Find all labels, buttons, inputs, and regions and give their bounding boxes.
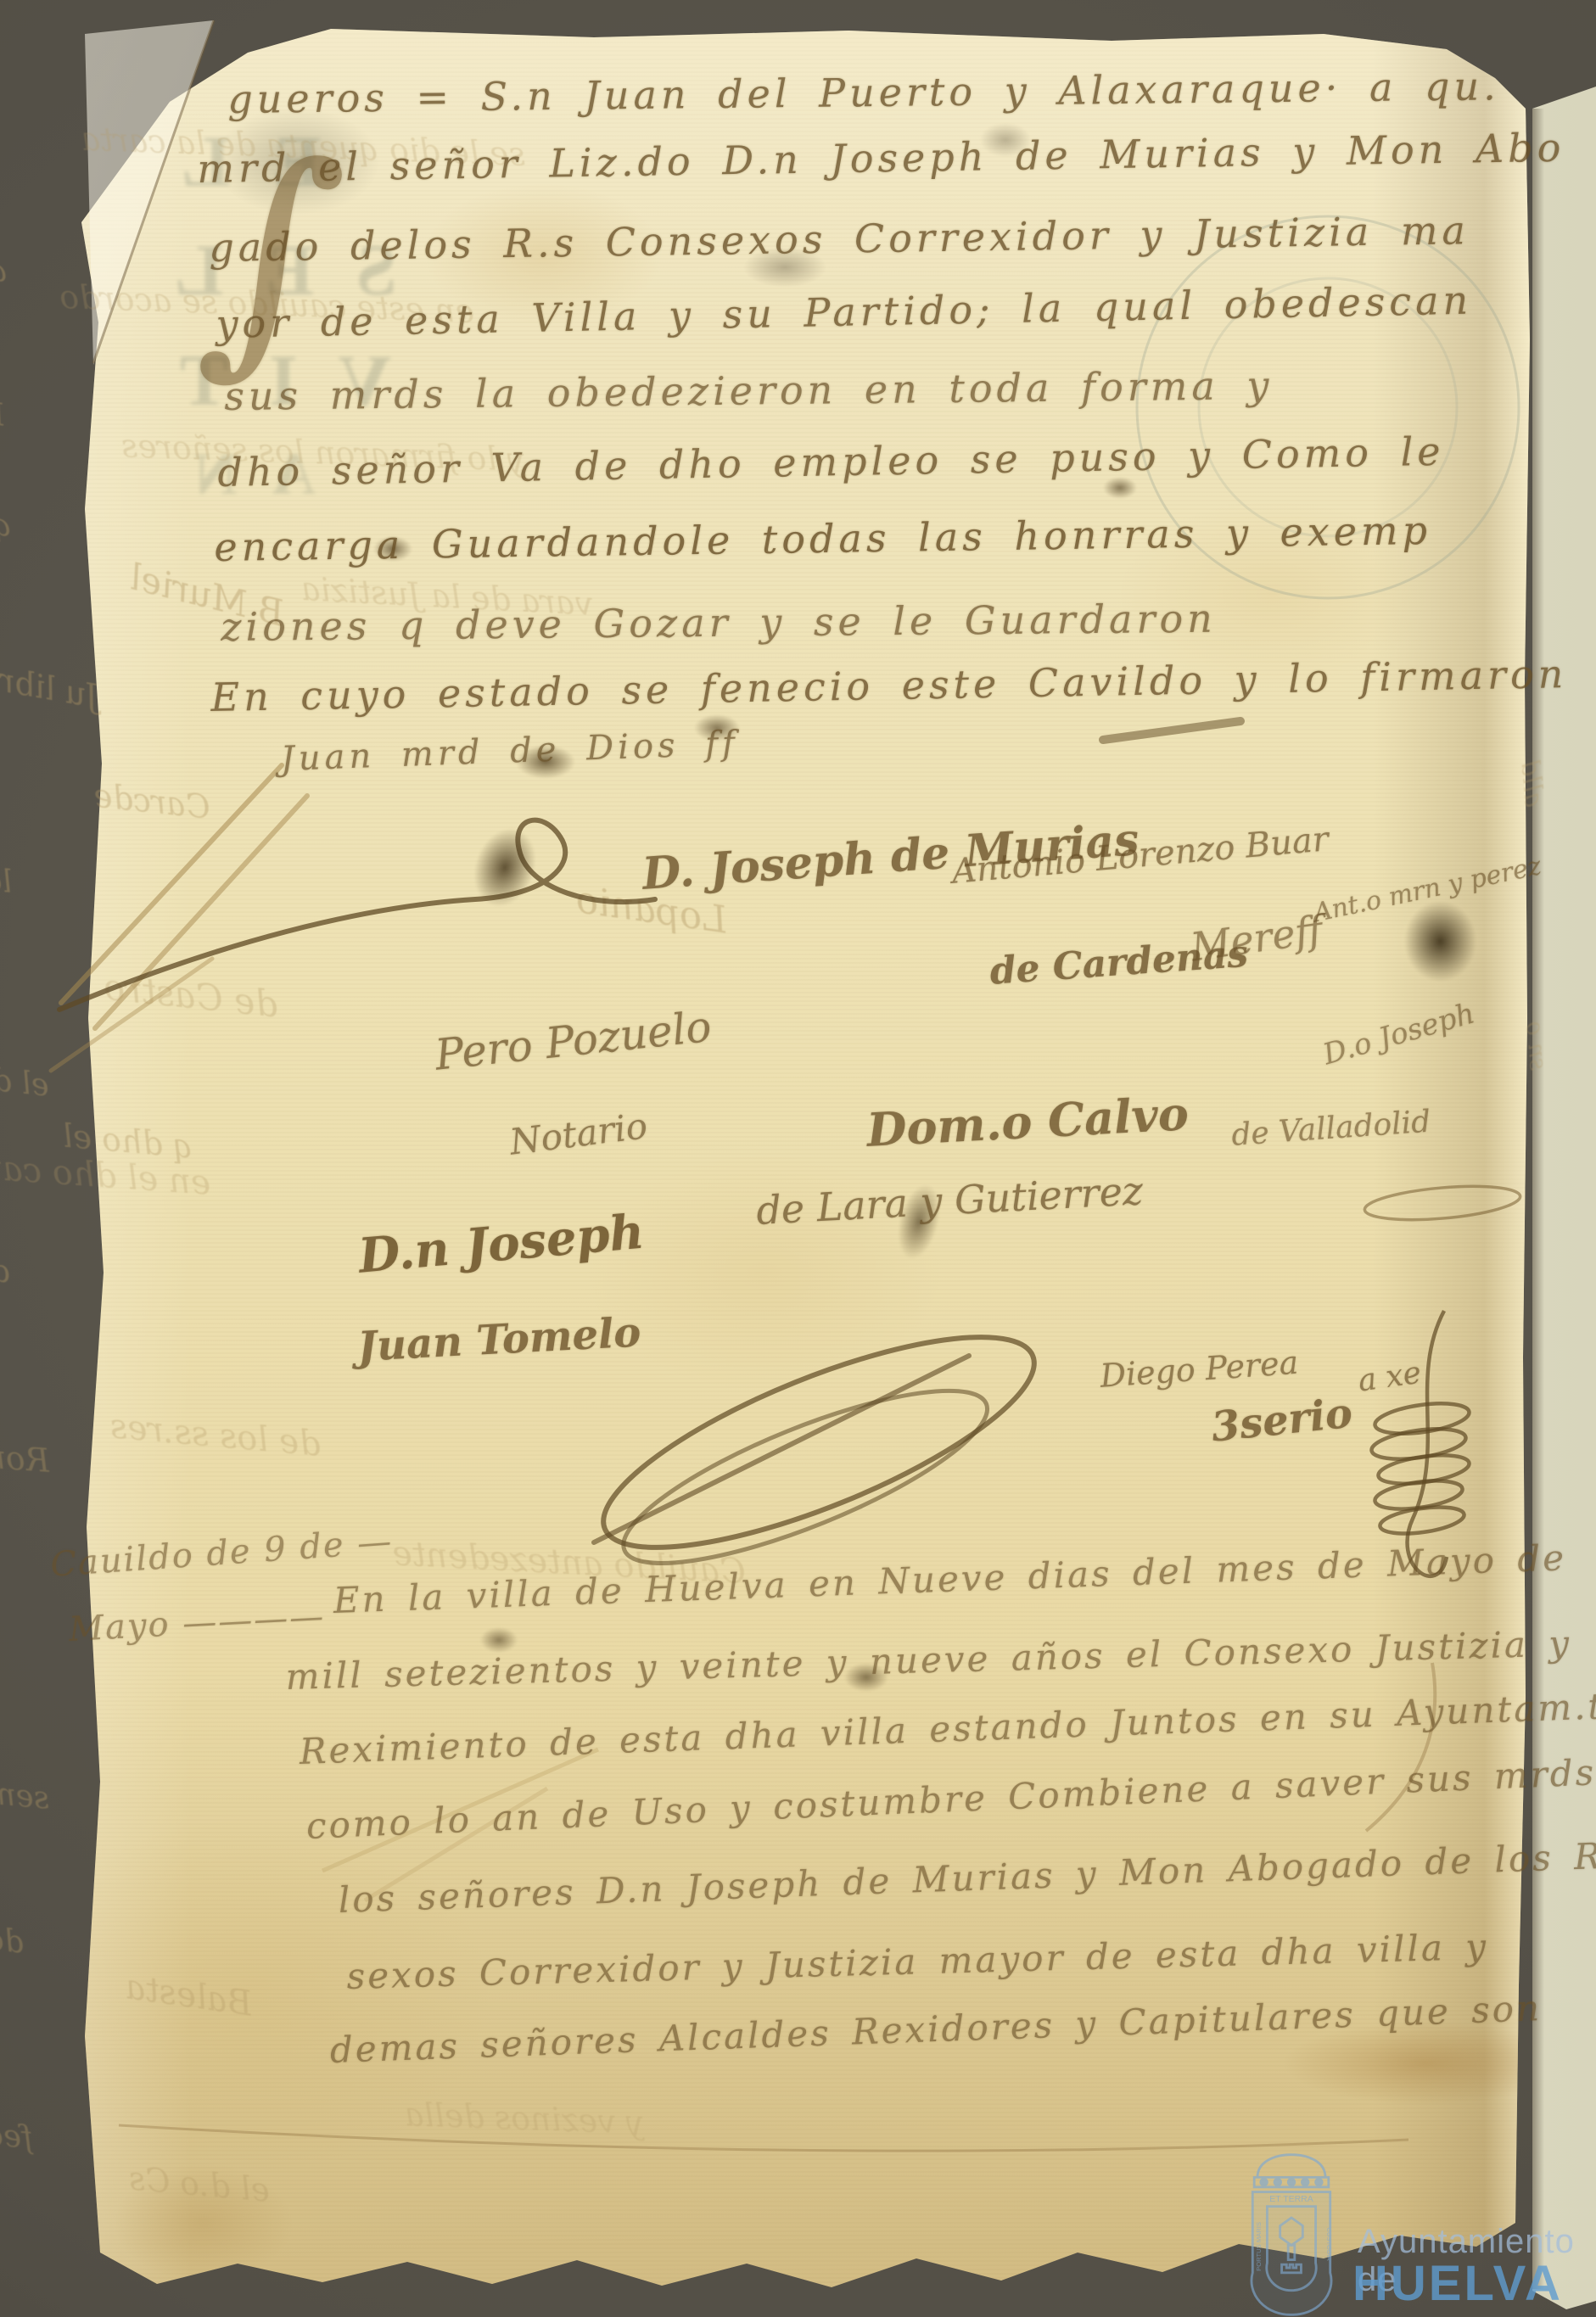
bleedthrough-text: de mi sn: [0, 1240, 12, 1290]
bleedthrough-text: los de: [0, 858, 14, 900]
ink-blot: [1404, 901, 1476, 982]
bleedthrough-text: abese q.e: [0, 242, 8, 289]
bleedthrough-text: sn o: [1520, 1020, 1553, 1072]
ink-blot: [480, 1627, 518, 1653]
watermark-city-name: HUELVA: [1352, 2255, 1563, 2312]
bleedthrough-text: Rl de: [0, 388, 7, 434]
bleedthrough-text: de las q.: [0, 1912, 25, 1961]
bleedthrough-text: el de Rl: [0, 1057, 51, 1104]
bleedthrough-text: alld: [1515, 758, 1548, 809]
bleedthrough-text: semos lo: [0, 1770, 51, 1816]
bleedthrough-text: Romo: [0, 1436, 51, 1480]
scanned-document: E L S E L V I T A N abese q.eRl deq.e na…: [0, 0, 1596, 2317]
ink-blot: [1103, 477, 1137, 499]
bleedthrough-text: fecho de: [0, 2112, 34, 2156]
manuscript-line: ziones q deve Gozar y se le Guardaron: [221, 596, 1217, 650]
bleedthrough-text: q.e nande: [0, 498, 14, 543]
bleedthrough-text: Ju libres: [0, 655, 102, 715]
